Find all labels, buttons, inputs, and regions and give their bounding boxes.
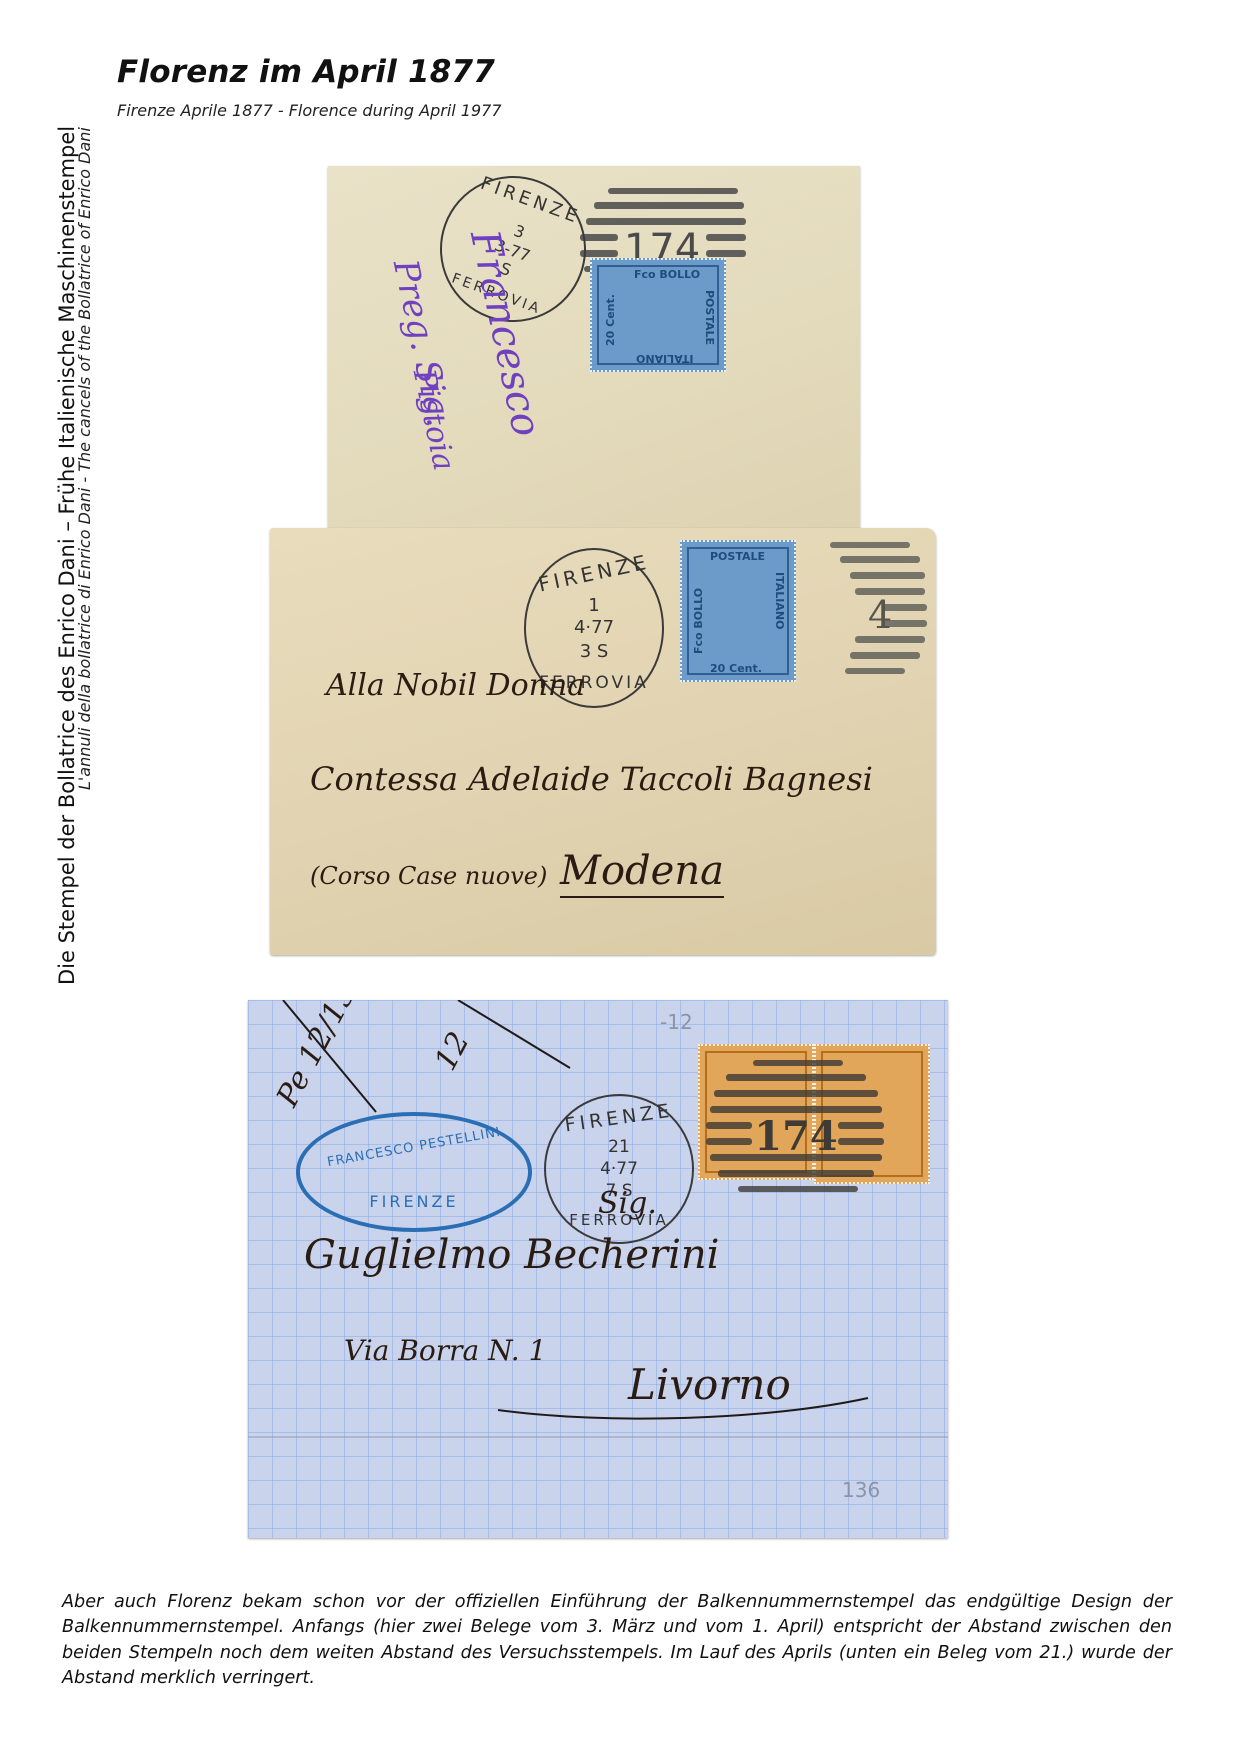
description-caption: Aber auch Florenz bekam schon vor der of… bbox=[62, 1590, 1172, 1692]
address-line: Guglielmo Becherini bbox=[304, 1232, 719, 1278]
address-line: Alla Nobil Donna bbox=[326, 668, 585, 703]
address-line: Modena bbox=[560, 848, 724, 898]
address-line: Sig. bbox=[598, 1186, 657, 1221]
page-title: Florenz im April 1877 bbox=[117, 54, 495, 90]
address-line: Contessa Adelaide Taccoli Bagnesi bbox=[310, 760, 873, 798]
address-line: (Corso Case nuove) bbox=[310, 862, 547, 890]
pencil-annotation: -12 bbox=[660, 1010, 693, 1034]
series-subtitle-vertical: L'annuli della bollatrice di Enrico Dani… bbox=[75, 127, 94, 790]
page-subtitle: Firenze Aprile 1877 - Florence during Ap… bbox=[117, 101, 502, 120]
address-line: Via Borra N. 1 bbox=[344, 1334, 546, 1367]
circular-date-stamp: FIRENZE 21 4·77 7 S FERROVIA bbox=[544, 1094, 694, 1244]
stamp-20-cent-blue: Fco BOLLO ITALIANO POSTALE 20 Cent. bbox=[590, 258, 726, 372]
svg-text:174: 174 bbox=[754, 1113, 838, 1160]
cover-1-image: 174 Fco BOLLO ITALIANO POSTALE 20 Cent. … bbox=[328, 166, 860, 536]
svg-text:4: 4 bbox=[868, 593, 892, 637]
pencil-annotation: 136 bbox=[842, 1478, 880, 1502]
address-line: Livorno bbox=[628, 1360, 791, 1409]
cover-2-image: 4 POSTALE 20 Cent. ITALIANO Fco BOLLO FI… bbox=[270, 528, 936, 955]
cover-3-image: 174 FRANCESCO PESTELLINI FIRENZE FIRENZE… bbox=[248, 1000, 948, 1538]
company-oval-cachet: FRANCESCO PESTELLINI FIRENZE bbox=[296, 1112, 532, 1232]
stamp-20-cent-blue: POSTALE 20 Cent. ITALIANO Fco BOLLO bbox=[680, 540, 796, 682]
